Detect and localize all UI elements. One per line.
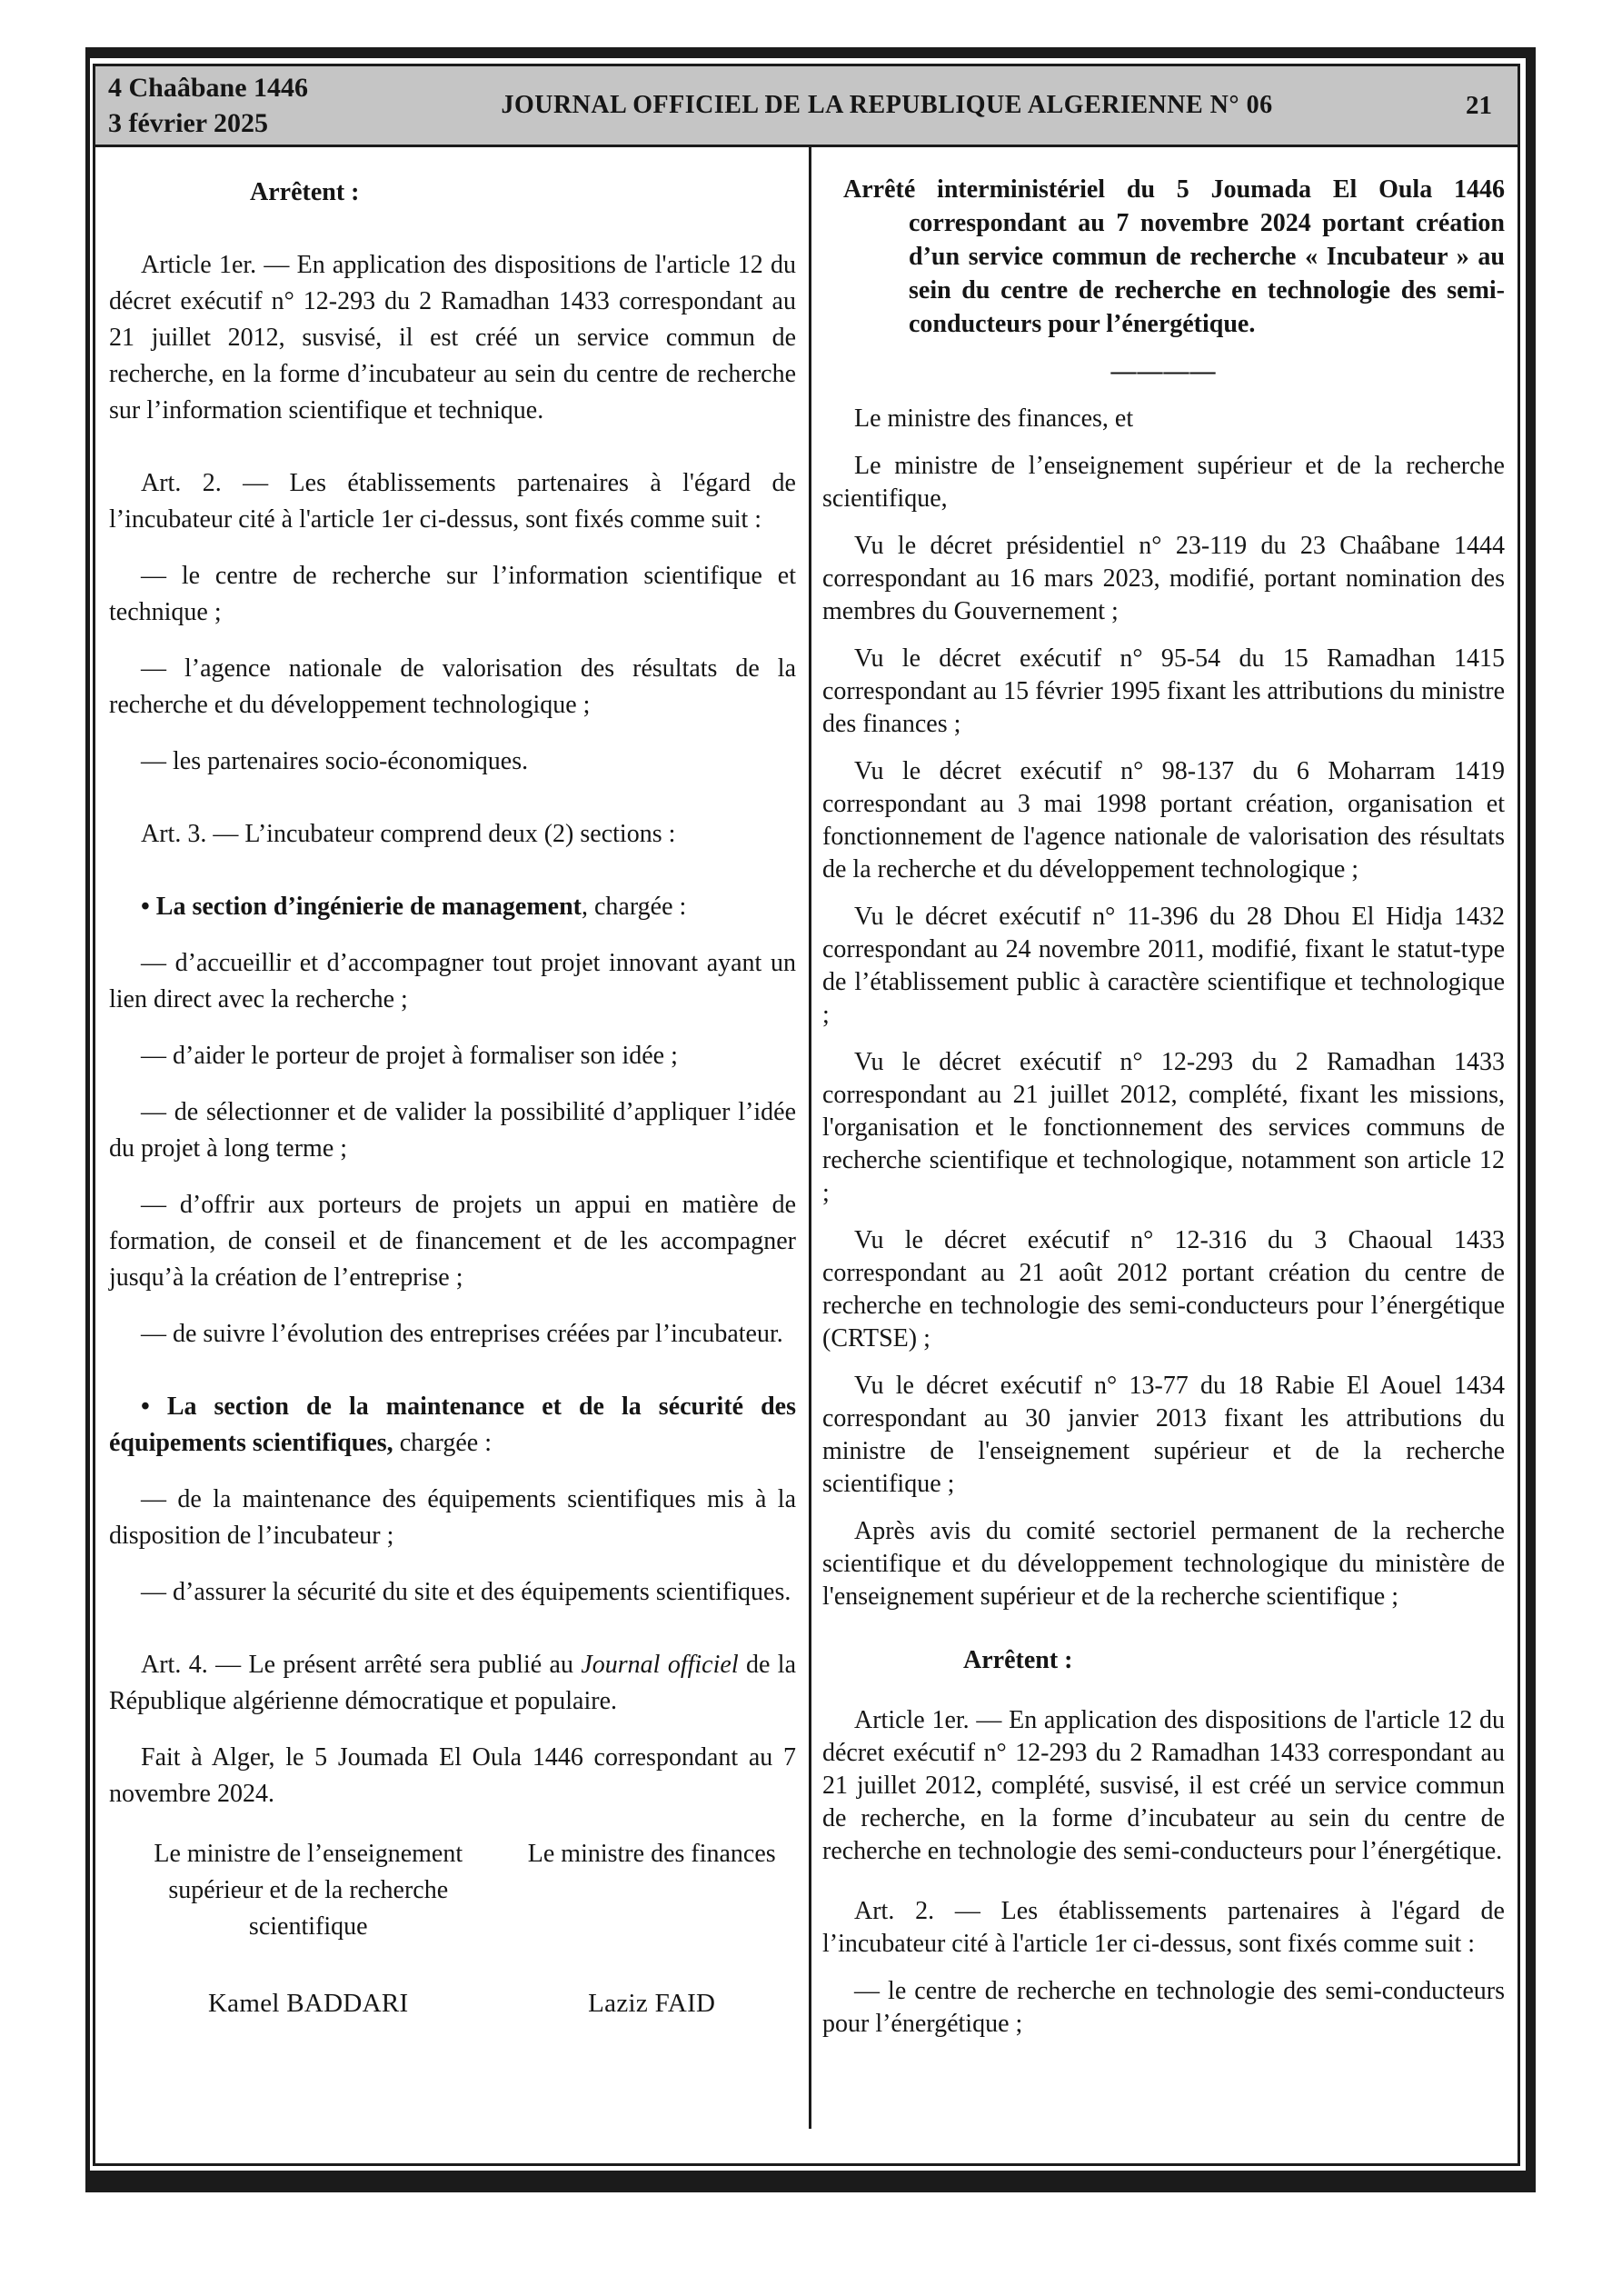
section-bullet-maintenance: • La section de la maintenance et de la … (109, 1389, 796, 1462)
art4-pre: Art. 4. — Le présent arrêté sera publié … (141, 1651, 581, 1679)
paragraph-vu: Vu le décret exécutif n° 12-293 du 2 Ram… (822, 1046, 1505, 1210)
signature-title-left: Le ministre de l’enseignement supérieur … (109, 1836, 507, 1945)
list-item: — d’offrir aux porteurs de projets un ap… (109, 1187, 796, 1296)
paragraph-apres-avis: Après avis du comité sectoriel permanent… (822, 1515, 1505, 1613)
list-item: — de la maintenance des équipements scie… (109, 1482, 796, 1554)
list-item: — de suivre l’évolution des entreprises … (109, 1316, 796, 1353)
section-bullet-maintenance-rest: chargée : (393, 1429, 492, 1457)
list-item: — le centre de recherche en technologie … (822, 1975, 1505, 2041)
paragraph-vu: Vu le décret exécutif n° 95-54 du 15 Ram… (822, 643, 1505, 741)
list-item: — d’accueillir et d’accompagner tout pro… (109, 945, 796, 1018)
paragraph-art-4: Art. 4. — Le présent arrêté sera publié … (109, 1647, 796, 1720)
paragraph-vu: Vu le décret exécutif n° 11-396 du 28 Dh… (822, 901, 1505, 1032)
column-divider (809, 147, 811, 2129)
paragraph-ministre-finances: Le ministre des finances, et (822, 403, 1505, 435)
signature-titles-row: Le ministre de l’enseignement supérieur … (109, 1836, 796, 1945)
paragraph-vu: Vu le décret exécutif n° 98-137 du 6 Moh… (822, 755, 1505, 886)
section-bullet-management-rest: , chargée : (582, 893, 686, 921)
signature-name-left: Kamel BADDARI (109, 1985, 507, 2021)
left-column: Arrêtent : Article 1er. — En application… (95, 147, 811, 2163)
list-item: — le centre de recherche sur l’informati… (109, 558, 796, 631)
page-number: 21 (1466, 91, 1518, 121)
content-columns: Arrêtent : Article 1er. — En application… (95, 147, 1518, 2163)
signature-title-right: Le ministre des finances (507, 1836, 796, 1945)
page-frame-inner: 4 Chaâbane 1446 3 février 2025 JOURNAL O… (93, 64, 1520, 2166)
list-item: — de sélectionner et de valider la possi… (109, 1094, 796, 1167)
paragraph-art-2-right: Art. 2. — Les établissements partenaires… (822, 1895, 1505, 1961)
paragraph-article-1er-right: Article 1er. — En application des dispos… (822, 1704, 1505, 1868)
page-header-band: 4 Chaâbane 1446 3 février 2025 JOURNAL O… (95, 66, 1518, 147)
section-bullet-management-bold: • La section d’ingénierie de management (141, 893, 582, 921)
paragraph-art-2-left: Art. 2. — Les établissements partenaires… (109, 465, 796, 538)
paragraph-article-1er-left: Article 1er. — En application des dispos… (109, 247, 796, 429)
list-item: — d’aider le porteur de projet à formali… (109, 1038, 796, 1074)
journal-page: { "header": { "date_hijri": "4 Chaâbane … (0, 0, 1622, 2296)
list-item: — d’assurer la sécurité du site et des é… (109, 1574, 796, 1611)
paragraph-vu: Vu le décret exécutif n° 12-316 du 3 Cha… (822, 1224, 1505, 1355)
list-item: — l’agence nationale de valorisation des… (109, 651, 796, 724)
section-bullet-management: • La section d’ingénierie de management,… (109, 889, 796, 925)
header-dates: 4 Chaâbane 1446 3 février 2025 (95, 70, 308, 141)
signature-name-right: Laziz FAID (507, 1985, 796, 2021)
header-date-gregorian: 3 février 2025 (108, 105, 308, 141)
arrete-heading: Arrêté interministériel du 5 Joumada El … (822, 173, 1505, 341)
paragraph-vu: Vu le décret présidentiel n° 23-119 du 2… (822, 530, 1505, 628)
right-column: Arrêté interministériel du 5 Joumada El … (811, 147, 1518, 2163)
paragraph-vu: Vu le décret exécutif n° 13-77 du 18 Rab… (822, 1370, 1505, 1501)
dash-separator: ———— (822, 355, 1505, 388)
journal-officiel-italic: Journal officiel (581, 1651, 738, 1679)
signature-names-row: Kamel BADDARI Laziz FAID (109, 1985, 796, 2021)
paragraph-art-3: Art. 3. — L’incubateur comprend deux (2)… (109, 816, 796, 853)
journal-title: JOURNAL OFFICIEL DE LA REPUBLIQUE ALGERI… (308, 91, 1466, 120)
paragraph-ministre-enseignement: Le ministre de l’enseignement supérieur … (822, 450, 1505, 515)
paragraph-fait-a-alger: Fait à Alger, le 5 Joumada El Oula 1446 … (109, 1740, 796, 1812)
page-frame-outer: 4 Chaâbane 1446 3 février 2025 JOURNAL O… (85, 47, 1536, 2192)
header-date-hijri: 4 Chaâbane 1446 (108, 70, 308, 105)
arretent-heading-left: Arrêtent : (109, 175, 796, 211)
arretent-heading-right: Arrêtent : (822, 1644, 1505, 1677)
list-item: — les partenaires socio-économiques. (109, 744, 796, 780)
